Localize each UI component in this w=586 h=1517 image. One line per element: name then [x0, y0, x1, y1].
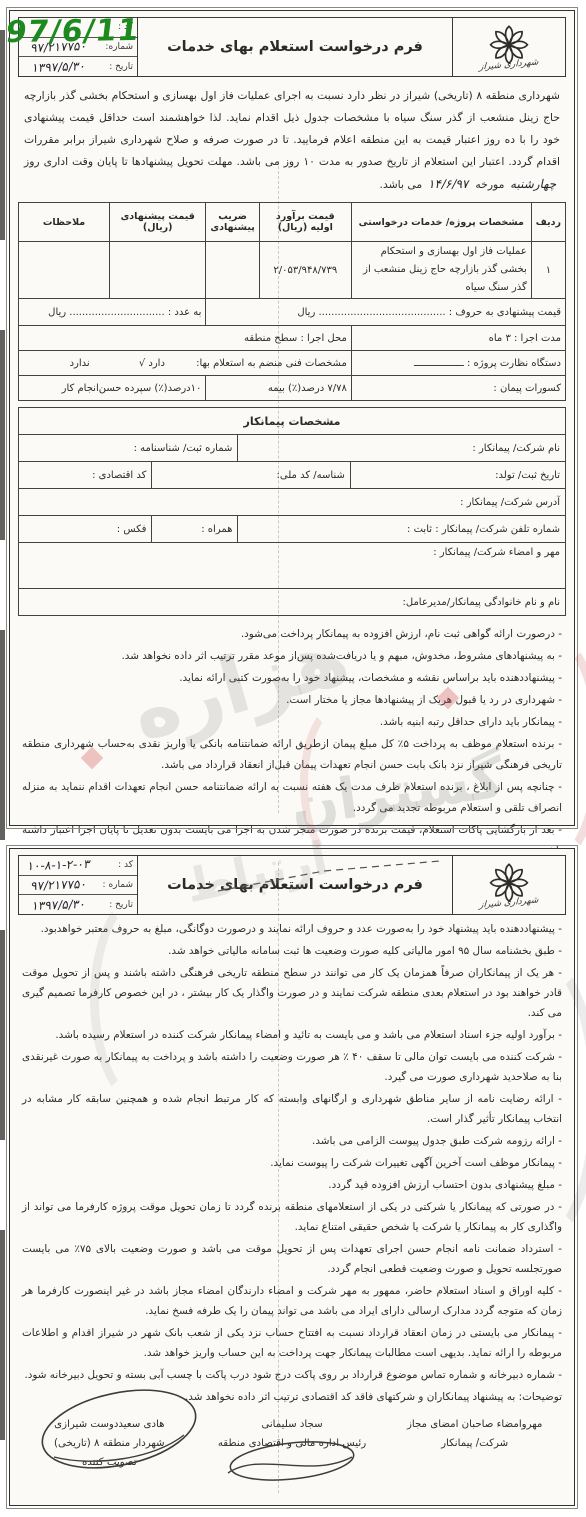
condition-item: - شهرداری در رد یا قبول هریک از پیشنهاده… — [22, 690, 562, 711]
coef-cell-empty — [206, 242, 259, 299]
tech-spec-yes-checked: دارد √ — [139, 358, 165, 369]
notes-cell-empty — [19, 242, 110, 299]
condition-item: - شماره دبیرخانه و شماره تماس موضوع قرار… — [22, 1365, 562, 1385]
contractor-ids-row: تاریخ ثبت/ تولد: شناسه/ کد ملی: کد اقتصا… — [19, 462, 566, 489]
proposed-price-cell-empty — [110, 242, 206, 299]
signature-block: مهروامضاء صاحبان امضای مجاز شرکت/ پیمانک… — [18, 1413, 566, 1472]
remarks-line: توضیحات: به پیشنهاد پیمانکاران و شرکتهای… — [22, 1387, 562, 1407]
condition-item: - به پیشنهادهای مشروط، مخدوش، مبهم و یا … — [22, 646, 562, 667]
code-value-handwritten: ۱۰-۸-۱-۲-۰۳ — [18, 857, 100, 874]
date-value-handwritten: ۱۳۹۷/۵/۳۰ — [18, 896, 100, 913]
condition-item: - کلیه اوراق و اسناد استعلام حاضر، ممهور… — [22, 1281, 562, 1321]
condition-item: - استرداد ضمانت نامه انجام حسن اجرای تعه… — [22, 1239, 562, 1279]
col-header-proposed: قیمت پیشنهادی (ریال) — [110, 203, 206, 242]
col-header-estimate: قیمت برآورد اولیه (ریال) — [259, 203, 351, 242]
intro-paragraph: شهرداری منطقه ۸ (تاریخی) شیراز در نظر دا… — [24, 85, 560, 196]
price-in-words-row: قیمت پیشنهادی به حروف : ................… — [19, 299, 566, 326]
scanned-document: { "green_annotation": "97/6/11", "waterm… — [0, 0, 586, 1517]
finance-head-role: رئیس اداره مالی و اقتصادی منطقه — [201, 1434, 384, 1453]
project-description-cell: عملیات فاز اول بهسازی و استحکام بخشی گذر… — [351, 242, 531, 299]
condition-item: - ارائه رزومه شرکت طبق جدول پیوست الزامی… — [22, 1131, 562, 1151]
authorized-signers-label: مهروامضاء صاحبان امضای مجاز — [383, 1415, 566, 1434]
form-page-1: شهرداری شیراز فرم درخواست استعلام بهای خ… — [9, 10, 575, 826]
registration-number-field: شماره ثبت/ شناسنامه : — [19, 435, 238, 462]
col-header-desc: مشخصات پروژه/ خدمات درخواستی — [351, 203, 531, 242]
tech-spec-cell: مشخصات فنی منضم به استعلام بها: دارد √ ن… — [19, 351, 352, 376]
page1-conditions-list: - درصورت ارائه گواهی ثبت نام، ارزش افزود… — [22, 624, 562, 884]
retention-deduction-cell: ۱۰درصد(٪) سپرده حسن‌انجام کار — [19, 376, 206, 401]
landline-phone-field: شماره تلفن شرکت/ پیمانکار : ثابت : — [238, 516, 566, 543]
finance-head-name: سجاد سلیمانی — [201, 1415, 384, 1434]
mayor-role: شهردار منطقه ۸ (تاریخی) — [18, 1434, 201, 1453]
registration-date-field: تاریخ ثبت/ تولد: — [350, 462, 565, 489]
deductions-label-cell: کسورات پیمان : — [351, 376, 565, 401]
condition-item: - مبلغ پیشنهادی بدون احتساب ارزش افزوده … — [22, 1175, 562, 1195]
tech-spec-no: ندارد — [70, 358, 90, 369]
condition-item: - پیشنهاددهنده باید براساس نقشه و مشخصات… — [22, 668, 562, 689]
table-row: ۱ عملیات فاز اول بهسازی و استحکام بخشی گ… — [19, 242, 566, 299]
price-in-digits-cell: به عدد : .............................. … — [19, 299, 206, 326]
contractor-section-title: مشخصات پیمانکار — [19, 408, 566, 435]
page2-meta-box: کد : ۱۰-۸-۱-۲-۰۳ شماره : ۹۷/۲۱۷۷۵۰ تاریخ… — [19, 856, 137, 914]
meta-date-row: تاریخ : ۱۳۹۷/۵/۳۰ — [19, 895, 137, 914]
municipality-logo: شهرداری شیراز — [453, 856, 565, 914]
condition-item: - طبق بخشنامه سال ۹۵ امور مالیاتی کلیه ص… — [22, 941, 562, 961]
condition-item: - در صورتی که پیمانکار یا شرکتی در یکی ا… — [22, 1197, 562, 1237]
condition-item: - چنانچه پس از ابلاغ ، برنده استعلام ظرف… — [22, 777, 562, 819]
duration-cell: مدت اجرا : ۳ ماه — [351, 326, 565, 351]
contractor-name-row: نام شرکت/ پیمانکار : شماره ثبت/ شناسنامه… — [19, 435, 566, 462]
mobile-phone-field: همراه : — [152, 516, 238, 543]
scan-edge-artifact — [0, 30, 5, 1500]
location-cell: محل اجرا : سطح منطقه — [19, 326, 352, 351]
intro-text-3: می باشد. — [380, 178, 423, 191]
duration-row: مدت اجرا : ۳ ماه محل اجرا : سطح منطقه — [19, 326, 566, 351]
pen-scratch-mark — [214, 857, 444, 897]
contractor-phone-row: شماره تلفن شرکت/ پیمانکار : ثابت : همراه… — [19, 516, 566, 543]
meta-code-row: کد : ۱۰-۸-۱-۲-۰۳ — [19, 856, 137, 876]
contractor-label: شرکت/ پیمانکار — [383, 1434, 566, 1453]
price-inquiry-table: ردیف مشخصات پروژه/ خدمات درخواستی قیمت ب… — [18, 202, 566, 401]
condition-item: - پیمانکار موظف است آخرین آگهی تغییرات ش… — [22, 1153, 562, 1173]
date-label: تاریخ : — [99, 900, 137, 910]
condition-item: - برنده استعلام موظف به پرداخت ۵٪ کل مبل… — [22, 734, 562, 776]
form-page-2: شهرداری شیراز فرم درخواست استعلام بهای خ… — [9, 848, 575, 1506]
fold-crease — [278, 863, 279, 1493]
tech-spec-label: مشخصات فنی منضم به استعلام بها: — [196, 358, 347, 369]
national-id-field: شناسه/ کد ملی: — [152, 462, 350, 489]
date-label: تاریخ : — [99, 62, 137, 72]
page2-conditions-list: - پیشنهاددهنده باید پیشنهاد خود را به‌صو… — [22, 919, 562, 1407]
deductions-row: کسورات پیمان : ۷/۷۸ درصد(٪) بیمه ۱۰درصد(… — [19, 376, 566, 401]
stamp-signature-field: مهر و امضاء شرکت/ پیمانکار : — [19, 543, 566, 589]
contractor-signature-area: مهروامضاء صاحبان امضای مجاز شرکت/ پیمانک… — [383, 1413, 566, 1472]
col-header-coef: ضریب پیشنهادی — [206, 203, 259, 242]
supervision-row: دستگاه نظارت پروژه : ـــــــــــــــــ م… — [19, 351, 566, 376]
number-label: شماره : — [99, 880, 137, 890]
intro-text-2: مورخه — [475, 178, 504, 191]
condition-item: - برآورد اولیه جزء اسناد استعلام می باشد… — [22, 1025, 562, 1045]
col-header-notes: ملاحظات — [19, 203, 110, 242]
fold-crease — [278, 161, 279, 813]
condition-item: - شرکت کننده می بایست توان مالی تا سقف ۴… — [22, 1047, 562, 1087]
col-header-row-no: ردیف — [531, 203, 565, 242]
price-in-words-cell: قیمت پیشنهادی به حروف : ................… — [206, 299, 566, 326]
company-address-field: آدرس شرکت/ پیمانکار : — [19, 489, 566, 516]
code-label: کد : — [99, 860, 137, 870]
contractor-address-row: آدرس شرکت/ پیمانکار : — [19, 489, 566, 516]
condition-item: - ارائه رضایت نامه از سایر مناطق شهرداری… — [22, 1089, 562, 1129]
supervision-cell: دستگاه نظارت پروژه : ـــــــــــــــــ — [351, 351, 565, 376]
row-number-cell: ۱ — [531, 242, 565, 299]
table-header-row: ردیف مشخصات پروژه/ خدمات درخواستی قیمت ب… — [19, 203, 566, 242]
mayor-name: هادی سعیددوست شیرازی — [18, 1415, 201, 1434]
manager-name-field: نام و نام خانوادگی پیمانکار/مدیرعامل: — [19, 589, 566, 616]
company-name-field: نام شرکت/ پیمانکار : — [238, 435, 566, 462]
handwritten-green-date: 97/6/11 — [4, 13, 142, 50]
economic-code-field: کد اقتصادی : — [19, 462, 152, 489]
handwritten-weekday: چهارشنبه — [506, 173, 563, 195]
contractor-stamp-row: مهر و امضاء شرکت/ پیمانکار : — [19, 543, 566, 589]
fax-field: فکس : — [19, 516, 152, 543]
approver-label: تصویب کننده — [18, 1453, 201, 1472]
number-value-handwritten: ۹۷/۲۱۷۷۵۰ — [18, 877, 100, 894]
condition-item: - درصورت ارائه گواهی ثبت نام، ارزش افزود… — [22, 624, 562, 645]
municipality-logo: شهرداری شیراز — [453, 18, 565, 76]
handwritten-due-date: ۱۴/۶/۹۷ — [423, 173, 474, 195]
intro-text: شهرداری منطقه ۸ (تاریخی) شیراز در نظر دا… — [24, 89, 560, 168]
condition-item: - پیمانکار می بایستی در زمان انعقاد قرار… — [22, 1323, 562, 1363]
condition-item: - هر یک از پیمانکاران صرفاً همزمان یک کا… — [22, 963, 562, 1023]
contractor-manager-row: نام و نام خانوادگی پیمانکار/مدیرعامل: — [19, 589, 566, 616]
meta-date-row: تاریخ : ۱۳۹۷/۵/۳۰ — [19, 57, 137, 76]
contractor-details-table: مشخصات پیمانکار نام شرکت/ پیمانکار : شما… — [18, 407, 566, 616]
date-value-handwritten: ۱۳۹۷/۵/۳۰ — [18, 58, 100, 75]
contractor-title-row: مشخصات پیمانکار — [19, 408, 566, 435]
mayor-signature-area: هادی سعیددوست شیرازی شهردار منطقه ۸ (تار… — [18, 1413, 201, 1472]
condition-item: - پیشنهاددهنده باید پیشنهاد خود را به‌صو… — [22, 919, 562, 939]
estimate-price-cell: ۲/۰۵۳/۹۴۸/۷۳۹ — [259, 242, 351, 299]
meta-number-row: شماره : ۹۷/۲۱۷۷۵۰ — [19, 876, 137, 896]
form-title: فرم درخواست استعلام بهای خدمات — [137, 18, 453, 76]
condition-item: - پیمانکار باید دارای حداقل رتبه ابنیه ب… — [22, 712, 562, 733]
finance-head-signature-area: سجاد سلیمانی رئیس اداره مالی و اقتصادی م… — [201, 1413, 384, 1472]
